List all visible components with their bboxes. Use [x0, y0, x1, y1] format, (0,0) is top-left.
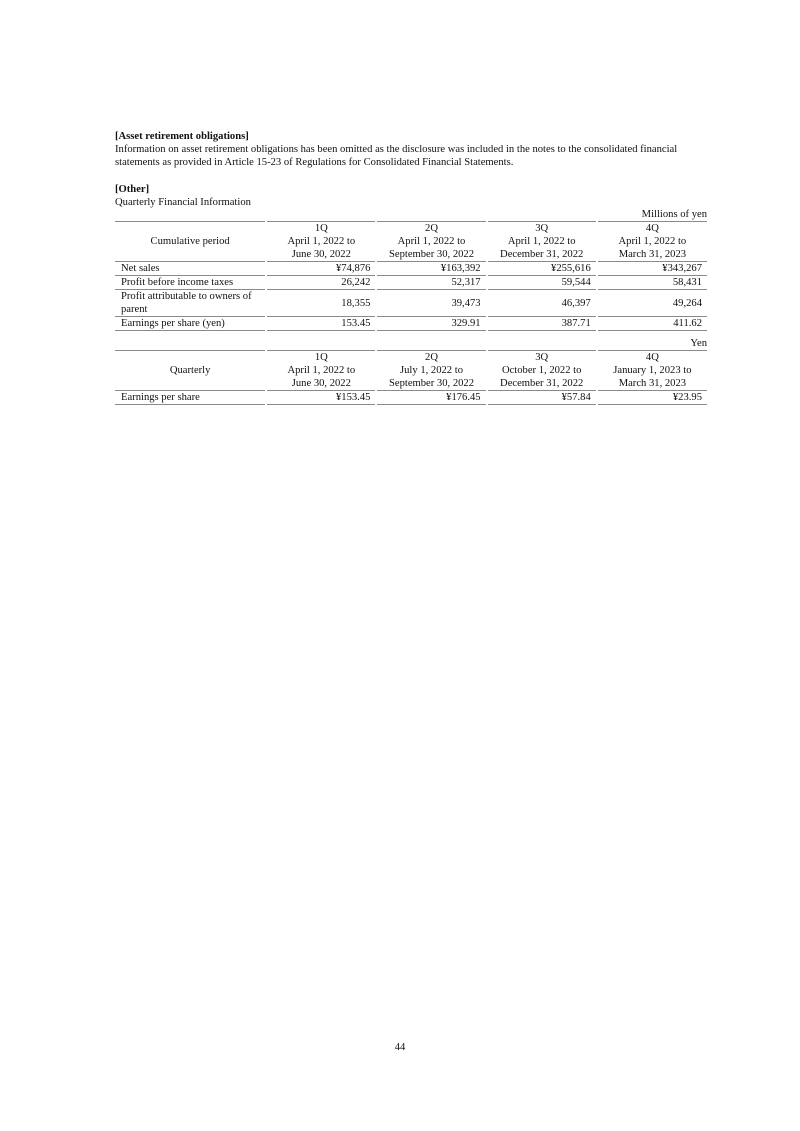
table-row: Profit attributable to owners of parent …	[115, 290, 707, 317]
row-label: Profit before income taxes	[115, 276, 266, 290]
column-header: 3Q April 1, 2022 to December 31, 2022	[487, 222, 597, 262]
other-section: [Other] Quarterly Financial Information	[115, 183, 707, 209]
cell-value: ¥74,876	[266, 262, 376, 276]
period-end: June 30, 2022	[267, 248, 375, 261]
quarterly-row-header: Quarterly	[115, 351, 266, 391]
cell-value: 46,397	[487, 290, 597, 317]
cell-value: 26,242	[266, 276, 376, 290]
quarter-label: 3Q	[488, 222, 596, 235]
quarter-label: 4Q	[598, 351, 707, 364]
column-header: 3Q October 1, 2022 to December 31, 2022	[487, 351, 597, 391]
quarterly-header-row: Quarterly 1Q April 1, 2022 to June 30, 2…	[115, 351, 707, 391]
cell-value: 59,544	[487, 276, 597, 290]
row-label: Net sales	[115, 262, 266, 276]
period-end: December 31, 2022	[488, 377, 596, 390]
cell-value: 153.45	[266, 317, 376, 331]
column-header: 2Q April 1, 2022 to September 30, 2022	[376, 222, 486, 262]
period-start: July 1, 2022 to	[377, 364, 485, 377]
cumulative-table: Cumulative period 1Q April 1, 2022 to Ju…	[115, 221, 707, 331]
cell-value: 387.71	[487, 317, 597, 331]
cumulative-table-section: Millions of yen Cumulative period 1Q Apr…	[115, 208, 707, 331]
period-end: March 31, 2023	[598, 377, 707, 390]
period-end: June 30, 2022	[267, 377, 375, 390]
cell-value: ¥255,616	[487, 262, 597, 276]
column-header: 2Q July 1, 2022 to September 30, 2022	[376, 351, 486, 391]
asset-retirement-section: [Asset retirement obligations] Informati…	[115, 130, 707, 169]
quarterly-table: Quarterly 1Q April 1, 2022 to June 30, 2…	[115, 350, 707, 405]
table-row: Earnings per share (yen) 153.45 329.91 3…	[115, 317, 707, 331]
cell-value: 329.91	[376, 317, 486, 331]
period-start: October 1, 2022 to	[488, 364, 596, 377]
other-heading: [Other]	[115, 183, 707, 196]
period-start: April 1, 2022 to	[488, 235, 596, 248]
cumulative-row-header: Cumulative period	[115, 222, 266, 262]
period-start: April 1, 2022 to	[598, 235, 707, 248]
cell-value: ¥163,392	[376, 262, 486, 276]
column-header: 1Q April 1, 2022 to June 30, 2022	[266, 222, 376, 262]
row-label: Profit attributable to owners of parent	[115, 290, 266, 317]
asset-retirement-heading: [Asset retirement obligations]	[115, 130, 707, 143]
quarter-label: 2Q	[377, 222, 485, 235]
quarterly-table-section: Yen Quarterly 1Q April 1, 2022 to June 3…	[115, 337, 707, 405]
quarter-label: 1Q	[267, 222, 375, 235]
cell-value: 58,431	[597, 276, 707, 290]
cumulative-header-row: Cumulative period 1Q April 1, 2022 to Ju…	[115, 222, 707, 262]
cell-value: ¥57.84	[487, 391, 597, 405]
cell-value: ¥23.95	[597, 391, 707, 405]
period-end: March 31, 2023	[598, 248, 707, 261]
period-start: April 1, 2022 to	[267, 364, 375, 377]
cell-value: ¥176.45	[376, 391, 486, 405]
page-number: 44	[0, 1041, 800, 1054]
period-end: September 30, 2022	[377, 248, 485, 261]
cell-value: ¥343,267	[597, 262, 707, 276]
cell-value: 18,355	[266, 290, 376, 317]
period-end: September 30, 2022	[377, 377, 485, 390]
row-label: Earnings per share	[115, 391, 266, 405]
column-header: 4Q January 1, 2023 to March 31, 2023	[597, 351, 707, 391]
cumulative-unit-label: Millions of yen	[115, 208, 707, 221]
table-row: Earnings per share ¥153.45 ¥176.45 ¥57.8…	[115, 391, 707, 405]
row-label: Earnings per share (yen)	[115, 317, 266, 331]
cell-value: 52,317	[376, 276, 486, 290]
quarter-label: 2Q	[377, 351, 485, 364]
cell-value: 411.62	[597, 317, 707, 331]
quarter-label: 4Q	[598, 222, 707, 235]
cell-value: ¥153.45	[266, 391, 376, 405]
cell-value: 49,264	[597, 290, 707, 317]
period-start: April 1, 2022 to	[267, 235, 375, 248]
quarter-label: 3Q	[488, 351, 596, 364]
table-row: Net sales ¥74,876 ¥163,392 ¥255,616 ¥343…	[115, 262, 707, 276]
period-start: January 1, 2023 to	[598, 364, 707, 377]
column-header: 1Q April 1, 2022 to June 30, 2022	[266, 351, 376, 391]
column-header: 4Q April 1, 2022 to March 31, 2023	[597, 222, 707, 262]
asset-retirement-body: Information on asset retirement obligati…	[115, 143, 707, 169]
quarter-label: 1Q	[267, 351, 375, 364]
period-end: December 31, 2022	[488, 248, 596, 261]
cell-value: 39,473	[376, 290, 486, 317]
period-start: April 1, 2022 to	[377, 235, 485, 248]
quarterly-unit-label: Yen	[115, 337, 707, 350]
table-row: Profit before income taxes 26,242 52,317…	[115, 276, 707, 290]
